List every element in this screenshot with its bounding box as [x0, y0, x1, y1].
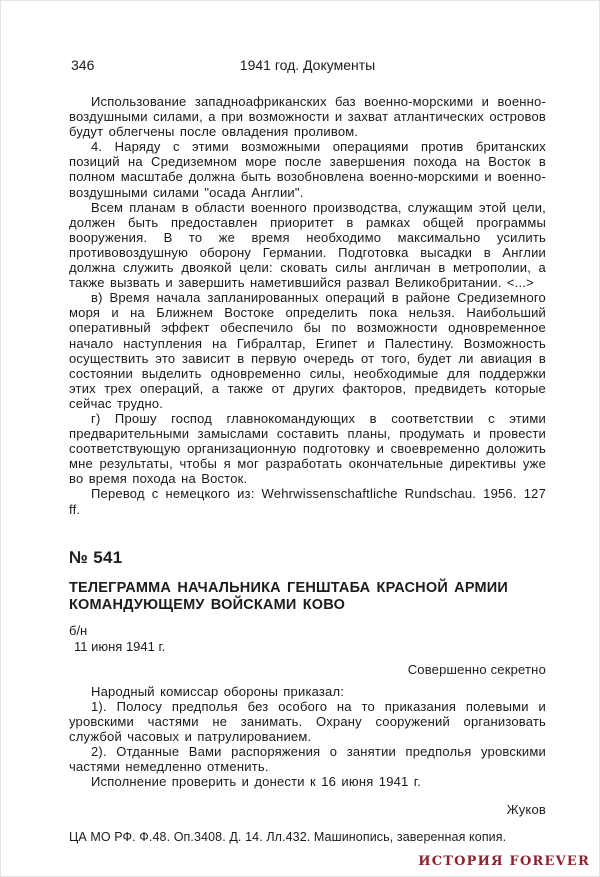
site-watermark: ИСТОРИЯ FOREVER	[418, 854, 590, 869]
body-paragraph: Исполнение проверить и донести к 16 июня…	[69, 774, 546, 789]
body-paragraph: Использование западноафриканских баз вое…	[69, 94, 546, 139]
body-paragraph: г) Прошу господ главнокомандующих в соот…	[69, 411, 546, 486]
body-paragraph: 1). Полосу предполья без особого на то п…	[69, 699, 546, 744]
body-paragraph: Всем планам в области военного производс…	[69, 200, 546, 291]
page-content: 346 1941 год. Документы Использование за…	[69, 57, 546, 845]
document-title-line: ТЕЛЕГРАММА НАЧАЛЬНИКА ГЕНШТАБА КРАСНОЙ А…	[69, 580, 508, 596]
archive-reference: ЦА МО РФ. Ф.48. Оп.3408. Д. 14. Лл.432. …	[69, 830, 546, 845]
body-paragraph: в) Время начала запланированных операций…	[69, 290, 546, 411]
document-date: 11 июня 1941 г.	[69, 639, 546, 654]
document-ref-number: б/н	[69, 623, 546, 638]
classification-stamp: Совершенно секретно	[69, 662, 546, 677]
page-header: 346 1941 год. Документы	[69, 57, 546, 73]
document-541-body: Народный комиссар обороны приказал: 1). …	[69, 684, 546, 790]
signature: Жуков	[69, 802, 546, 817]
body-paragraph: 2). Отданные Вами распоряжения о занятии…	[69, 744, 546, 774]
document-page: 346 1941 год. Документы Использование за…	[0, 0, 600, 877]
body-paragraph: 4. Наряду с этими возможными операциями …	[69, 139, 546, 199]
document-title-line: КОМАНДУЮЩЕМУ ВОЙСКАМИ КОВО	[69, 597, 345, 613]
document-number: № 541	[69, 548, 546, 568]
running-title: 1941 год. Документы	[69, 57, 546, 73]
document-540-continuation: Использование западноафриканских баз вое…	[69, 94, 546, 517]
body-paragraph: Народный комиссар обороны приказал:	[69, 684, 546, 699]
document-title: ТЕЛЕГРАММА НАЧАЛЬНИКА ГЕНШТАБА КРАСНОЙ А…	[69, 580, 546, 614]
document-541: № 541 ТЕЛЕГРАММА НАЧАЛЬНИКА ГЕНШТАБА КРА…	[69, 548, 546, 846]
source-reference: Перевод с немецкого из: Wehrwissenschaft…	[69, 486, 546, 516]
